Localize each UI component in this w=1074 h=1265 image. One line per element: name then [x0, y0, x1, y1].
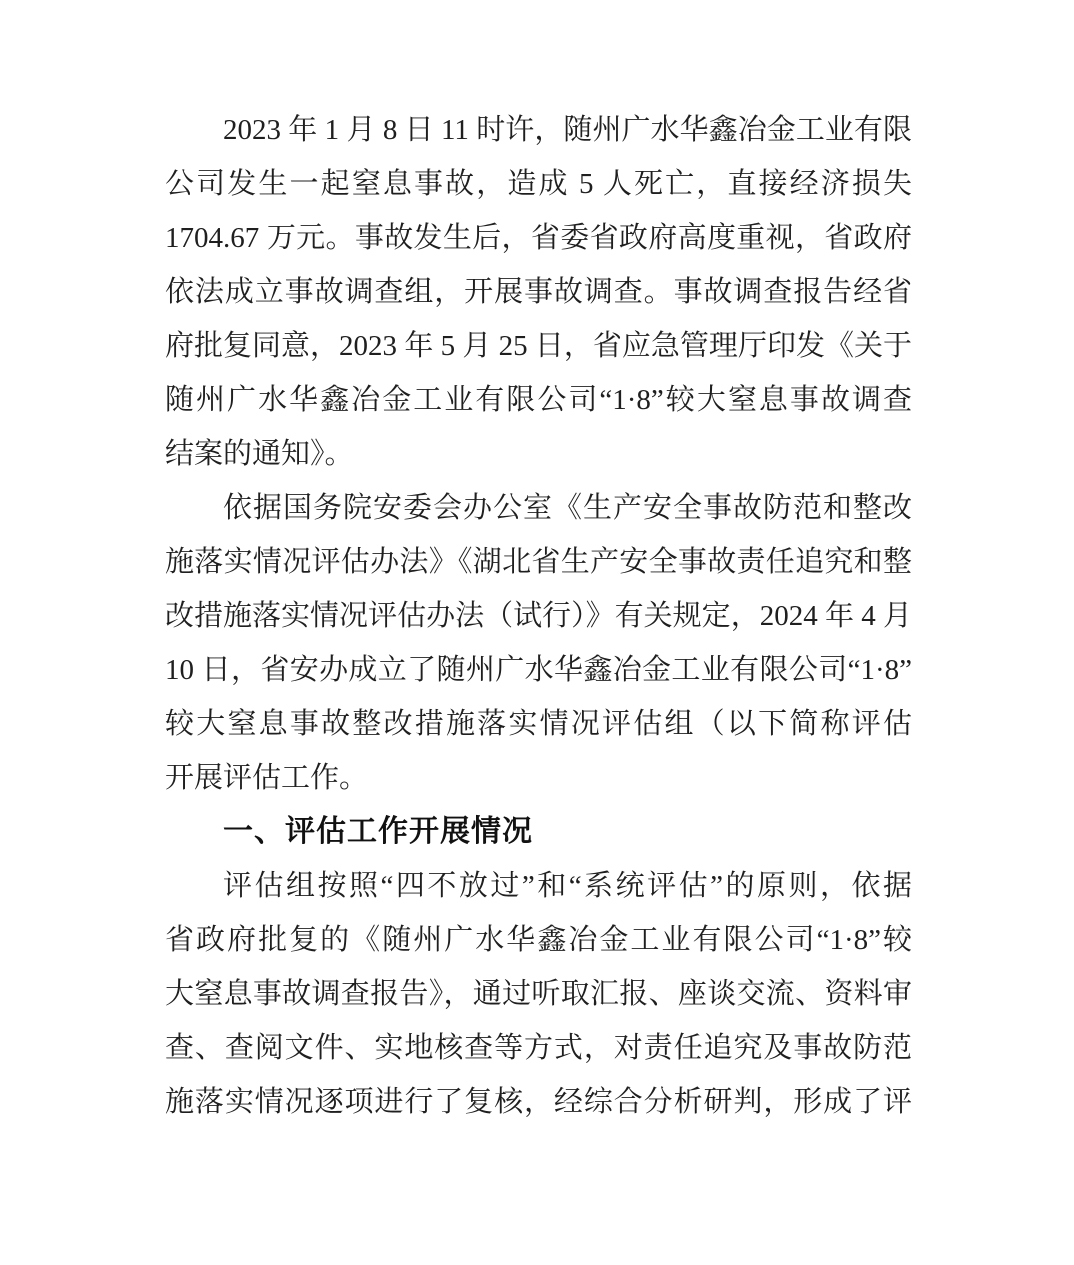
text-line: 1704.67 万元。事故发生后，省委省政府高度重视，省政府 — [165, 211, 912, 265]
paragraph: 2023 年 1 月 8 日 11 时许，随州广水华鑫冶金工业有限公司发生一起窒… — [165, 103, 912, 481]
section-heading: 一、评估工作开展情况 — [165, 805, 912, 859]
text-line: 10 日，省安办成立了随州广水华鑫冶金工业有限公司“1·8” — [165, 643, 912, 697]
paragraph: 依据国务院安委会办公室《生产安全事故防范和整改措施落实情况评估办法》《湖北省生产… — [165, 481, 912, 805]
text-line: 评估组按照“四不放过”和“系统评估”的原则，依据 — [165, 859, 912, 913]
text-line: 结案的通知》。 — [165, 427, 912, 481]
document-page: 2023 年 1 月 8 日 11 时许，随州广水华鑫冶金工业有限公司发生一起窒… — [0, 0, 1074, 1265]
paragraph: 评估组按照“四不放过”和“系统评估”的原则，依据省政府批复的《随州广水华鑫冶金工… — [165, 859, 912, 1129]
text-line: 2023 年 1 月 8 日 11 时许，随州广水华鑫冶金工业有限 — [165, 103, 912, 157]
text-line: 省政府批复的《随州广水华鑫冶金工业有限公司“1·8”较 — [165, 913, 912, 967]
text-line: 较大窒息事故整改措施落实情况评估组（以下简称评估组）， — [165, 697, 912, 751]
text-line: 府批复同意，2023 年 5 月 25 日，省应急管理厅印发《关于 — [165, 319, 912, 373]
text-line: 施落实情况逐项进行了复核，经综合分析研判，形成了评估 — [165, 1075, 912, 1129]
text-line: 查、查阅文件、实地核查等方式，对责任追究及事故防范措 — [165, 1021, 912, 1075]
text-line: 公司发生一起窒息事故，造成 5 人死亡，直接经济损失 — [165, 157, 912, 211]
text-line: 改措施落实情况评估办法（试行）》有关规定，2024 年 4 月 — [165, 589, 912, 643]
document-content: 2023 年 1 月 8 日 11 时许，随州广水华鑫冶金工业有限公司发生一起窒… — [0, 0, 1074, 1129]
heading-line: 一、评估工作开展情况 — [165, 805, 912, 859]
text-line: 大窒息事故调查报告》，通过听取汇报、座谈交流、资料审 — [165, 967, 912, 1021]
text-line: 随州广水华鑫冶金工业有限公司“1·8”较大窒息事故调查 — [165, 373, 912, 427]
text-line: 依据国务院安委会办公室《生产安全事故防范和整改措 — [165, 481, 912, 535]
text-line: 施落实情况评估办法》《湖北省生产安全事故责任追究和整 — [165, 535, 912, 589]
text-line: 依法成立事故调查组，开展事故调查。事故调查报告经省政 — [165, 265, 912, 319]
text-line: 开展评估工作。 — [165, 751, 912, 805]
